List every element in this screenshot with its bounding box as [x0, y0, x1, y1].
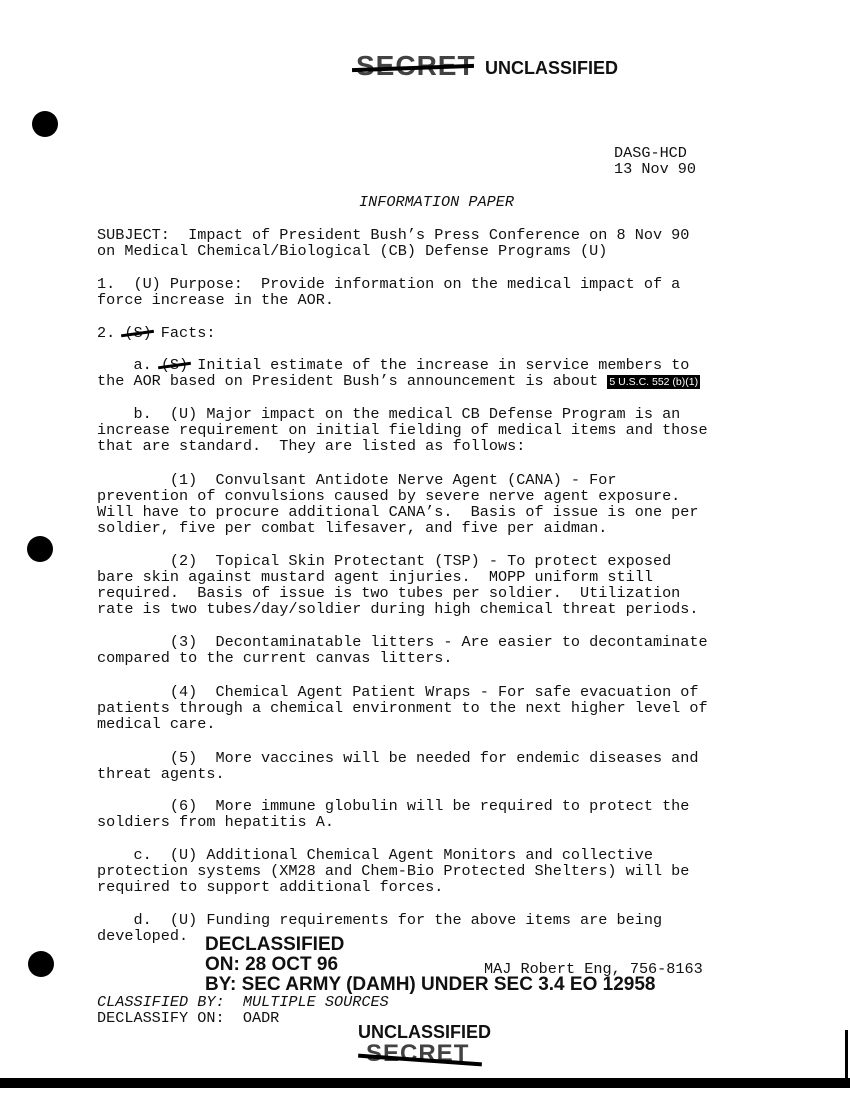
- document-page: SECRET UNCLASSIFIED DASG-HCD 13 Nov 90 I…: [0, 0, 850, 1097]
- item-4-line: medical care.: [97, 716, 215, 733]
- facts-heading-text: Facts:: [152, 324, 216, 342]
- unclassified-label-top: UNCLASSIFIED: [485, 58, 618, 79]
- item-5-line: threat agents.: [97, 766, 225, 783]
- para-2a-line-2: the AOR based on President Bush’s announ…: [97, 373, 700, 391]
- page-title: INFORMATION PAPER: [359, 194, 514, 211]
- para-2a-line-2-text: the AOR based on President Bush’s announ…: [97, 372, 607, 390]
- scan-border-bottom: [0, 1078, 850, 1088]
- scan-border-right: [845, 1030, 848, 1088]
- hole-punch-bottom: [28, 951, 54, 977]
- para-2c-line: required to support additional forces.: [97, 879, 443, 896]
- declassified-stamp-line-3: BY: SEC ARMY (DAMH) UNDER SEC 3.4 EO 129…: [205, 974, 655, 995]
- declassify-on-value: OADR: [243, 1009, 279, 1027]
- declassify-on-label: DECLASSIFY ON:: [97, 1009, 225, 1027]
- declassified-stamp-line-2: ON: 28 OCT 96: [205, 954, 338, 975]
- hole-punch-middle: [27, 536, 53, 562]
- document-date: 13 Nov 90: [614, 161, 696, 178]
- item-2-line: rate is two tubes/day/soldier during hig…: [97, 601, 699, 618]
- facts-number: 2.: [97, 324, 124, 342]
- item-1-line: soldier, five per combat lifesaver, and …: [97, 520, 607, 537]
- declassified-stamp-line-1: DECLASSIFIED: [205, 934, 344, 955]
- struck-marking: (S): [124, 325, 151, 342]
- para-2b-line: that are standard. They are listed as fo…: [97, 438, 525, 455]
- subject-line-2: on Medical Chemical/Biological (CB) Defe…: [97, 243, 607, 260]
- declassify-on: DECLASSIFY ON: OADR: [97, 1010, 279, 1027]
- redaction-box: 5 U.S.C. 552 (b)(1): [607, 375, 700, 389]
- hole-punch-top: [32, 111, 58, 137]
- facts-heading: 2. (S) Facts:: [97, 325, 216, 342]
- item-6-line: soldiers from hepatitis A.: [97, 814, 334, 831]
- para-2d-line-2: developed.: [97, 928, 188, 945]
- purpose-line-2: force increase in the AOR.: [97, 292, 334, 309]
- item-3-line: compared to the current canvas litters.: [97, 650, 452, 667]
